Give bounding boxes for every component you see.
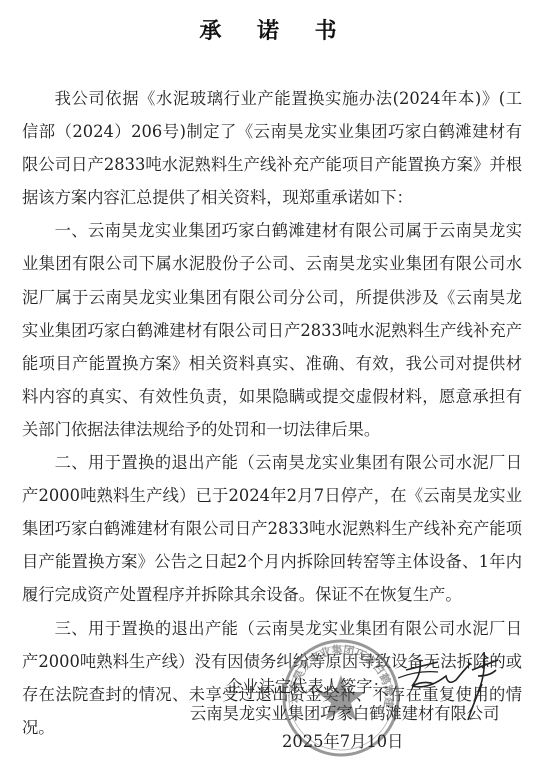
intro-paragraph: 我公司依据《水泥玻璃行业产能置换实施办法(2024年本)》(工信部（2024）2… <box>22 82 522 214</box>
signing-date: 2025年7月10日 <box>282 728 403 752</box>
commitment-two: 二、用于置换的退出产能（云南昊龙实业集团有限公司水泥厂日产2000吨熟料生产线）… <box>22 446 522 611</box>
company-name: 云南昊龙实业集团巧家白鹤滩建材有限公司 <box>190 700 499 724</box>
legal-rep-signature-label: 企业法定代表人签字： <box>226 673 389 697</box>
commitment-one: 一、云南昊龙实业集团巧家白鹤滩建材有限公司属于云南昊龙实业集团有限公司下属水泥股… <box>22 214 522 446</box>
signature-block: 云南昊龙实业集团巧家白鹤滩建材有限公司 企业法定代表人签字： 云南昊龙实业集团巧… <box>0 660 550 777</box>
document-title: 承 诺 书 <box>0 14 550 45</box>
